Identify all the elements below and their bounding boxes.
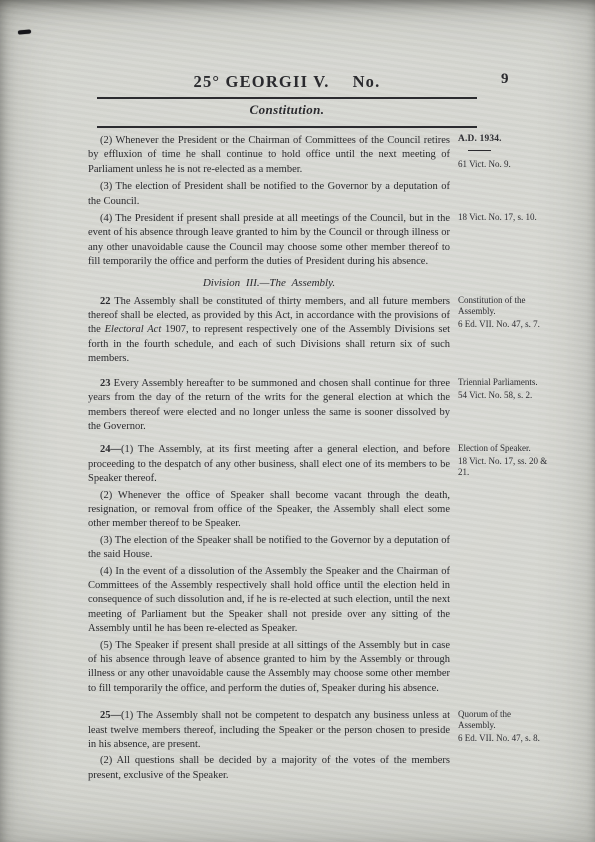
margin-citation-s25: 6 Ed. VII. No. 47, s. 8.: [458, 733, 550, 744]
section-24-5: (5) The Speaker if present shall preside…: [88, 639, 450, 697]
division-heading-row: Division III.—The Assembly.: [88, 270, 550, 295]
margin-note-column: Triennial Parliaments. 54 Vict. No. 58, …: [450, 377, 550, 401]
section-23-number: 23: [100, 378, 114, 389]
clause-row: (3) The election of the Speaker shall be…: [88, 534, 550, 563]
section-24-1-text: (1) The Assembly, at its first meeting a…: [88, 444, 450, 484]
clause-row: (3) The election of President shall be n…: [88, 180, 550, 209]
clause-row: (4) In the event of a dissolution of the…: [88, 565, 550, 637]
margin-year-rule: [468, 150, 491, 151]
section-24-1: 24—(1) The Assembly, at its first meetin…: [88, 443, 450, 486]
margin-note-column: Constitution of the Assembly. 6 Ed. VII.…: [450, 295, 550, 330]
clause-2-2: (2) Whenever the President or the Chairm…: [88, 134, 450, 177]
section-row: 25—(1) The Assembly shall not be compete…: [88, 709, 550, 752]
section-row: 22 The Assembly shall be constituted of …: [88, 295, 550, 367]
running-title: Constitution.: [97, 102, 477, 118]
section-row: 24—(1) The Assembly, at its first meetin…: [88, 443, 550, 486]
margin-note-column: 18 Vict. No. 17, s. 10.: [450, 212, 550, 223]
header-rule-top: [97, 97, 477, 99]
section-row: 23 Every Assembly hereafter to be summon…: [88, 377, 550, 435]
margin-citation-s24: 18 Vict. No. 17, ss. 20 & 21.: [458, 456, 550, 478]
clause-row: (2) Whenever the President or the Chairm…: [88, 134, 550, 177]
margin-label-s23: Triennial Parliaments.: [458, 377, 550, 388]
section-23: 23 Every Assembly hereafter to be summon…: [88, 377, 450, 435]
section-25-1-text: (1) The Assembly shall not be competent …: [88, 710, 450, 750]
margin-citation-s23: 54 Vict. No. 58, s. 2.: [458, 390, 550, 401]
regnal-title: 25° GEORGII V. No.: [97, 72, 477, 92]
page-body: (2) Whenever the President or the Chairm…: [88, 134, 550, 783]
section-22-act-name: Electoral Act: [105, 324, 162, 335]
section-22-number: 22: [100, 296, 114, 307]
division-heading: Division III.—The Assembly.: [88, 277, 450, 289]
margin-label-s22: Constitution of the Assembly.: [458, 295, 550, 317]
scan-artifact: [18, 29, 31, 34]
section-24-3: (3) The election of the Speaker shall be…: [88, 534, 450, 563]
clause-row: (2) All questions shall be decided by a …: [88, 754, 550, 783]
section-24-number: 24—: [100, 444, 121, 455]
margin-note-column: A.D. 1934. 61 Vict. No. 9.: [450, 134, 550, 170]
section-24-4: (4) In the event of a dissolution of the…: [88, 565, 450, 637]
section-22: 22 The Assembly shall be constituted of …: [88, 295, 450, 367]
header-rule-bottom: [97, 126, 477, 128]
section-25-number: 25—: [100, 710, 121, 721]
section-25-2: (2) All questions shall be decided by a …: [88, 754, 450, 783]
page-number: 9: [501, 71, 509, 88]
clause-2-4: (4) The President if present shall presi…: [88, 212, 450, 270]
margin-note-column: Quorum of the Assembly. 6 Ed. VII. No. 4…: [450, 709, 550, 744]
clause-row: (2) Whenever the office of Speaker shall…: [88, 489, 550, 532]
section-24-2: (2) Whenever the office of Speaker shall…: [88, 489, 450, 532]
margin-citation-61vict: 61 Vict. No. 9.: [458, 159, 550, 170]
margin-citation-18vict-s10: 18 Vict. No. 17, s. 10.: [458, 212, 550, 223]
margin-year: A.D. 1934.: [458, 134, 550, 145]
margin-label-s25: Quorum of the Assembly.: [458, 709, 550, 731]
scanned-document-page: 25° GEORGII V. No. 9 Constitution. (2) W…: [0, 0, 595, 842]
clause-row: (4) The President if present shall presi…: [88, 212, 550, 270]
section-23-text: Every Assembly hereafter to be summoned …: [88, 378, 450, 432]
section-25-1: 25—(1) The Assembly shall not be compete…: [88, 709, 450, 752]
clause-2-3: (3) The election of President shall be n…: [88, 180, 450, 209]
margin-note-column: Election of Speaker. 18 Vict. No. 17, ss…: [450, 443, 550, 478]
clause-row: (5) The Speaker if present shall preside…: [88, 639, 550, 697]
margin-citation-s22: 6 Ed. VII. No. 47, s. 7.: [458, 319, 550, 330]
margin-label-s24: Election of Speaker.: [458, 443, 550, 454]
